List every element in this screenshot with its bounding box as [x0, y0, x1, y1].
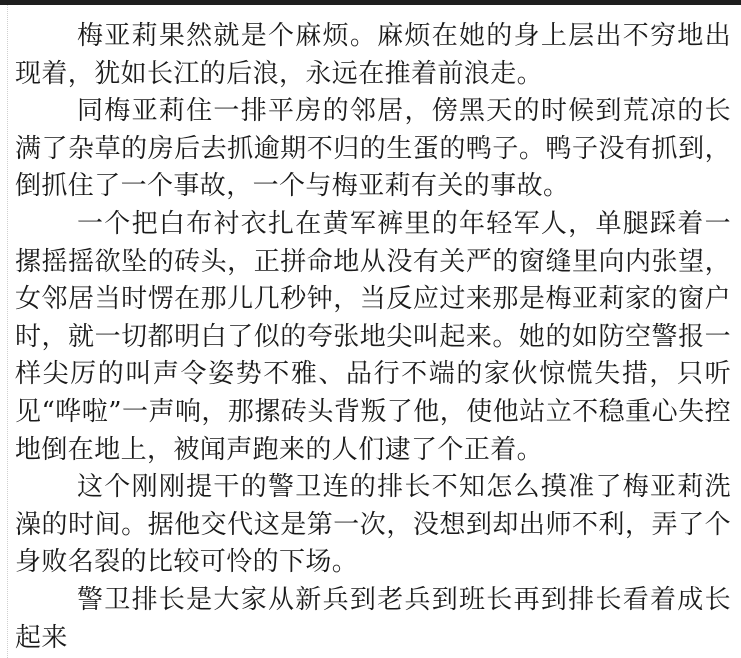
top-bar — [0, 0, 741, 5]
document-page: 梅亚莉果然就是个麻烦。麻烦在她的身上层出不穷地出现着，犹如长江的后浪，永远在推着… — [15, 18, 731, 657]
paragraph-5: 警卫排长是大家从新兵到老兵到班长再到排长看着成长起来 — [15, 582, 731, 657]
paragraph-4: 这个刚刚提干的警卫连的排长不知怎么摸准了梅亚莉洗澡的时间。据他交代这是第一次，没… — [15, 469, 731, 582]
paragraph-3: 一个把白布衬衣扎在黄军裤里的年轻军人，单腿踩着一摞摇摇欲坠的砖头，正拼命地从没有… — [15, 206, 731, 469]
paragraph-2: 同梅亚莉住一排平房的邻居，傍黑天的时候到荒凉的长满了杂草的房后去抓逾期不归的生蛋… — [15, 93, 731, 206]
paragraph-1: 梅亚莉果然就是个麻烦。麻烦在她的身上层出不穷地出现着，犹如长江的后浪，永远在推着… — [15, 18, 731, 93]
margin-guide-line — [7, 5, 8, 658]
